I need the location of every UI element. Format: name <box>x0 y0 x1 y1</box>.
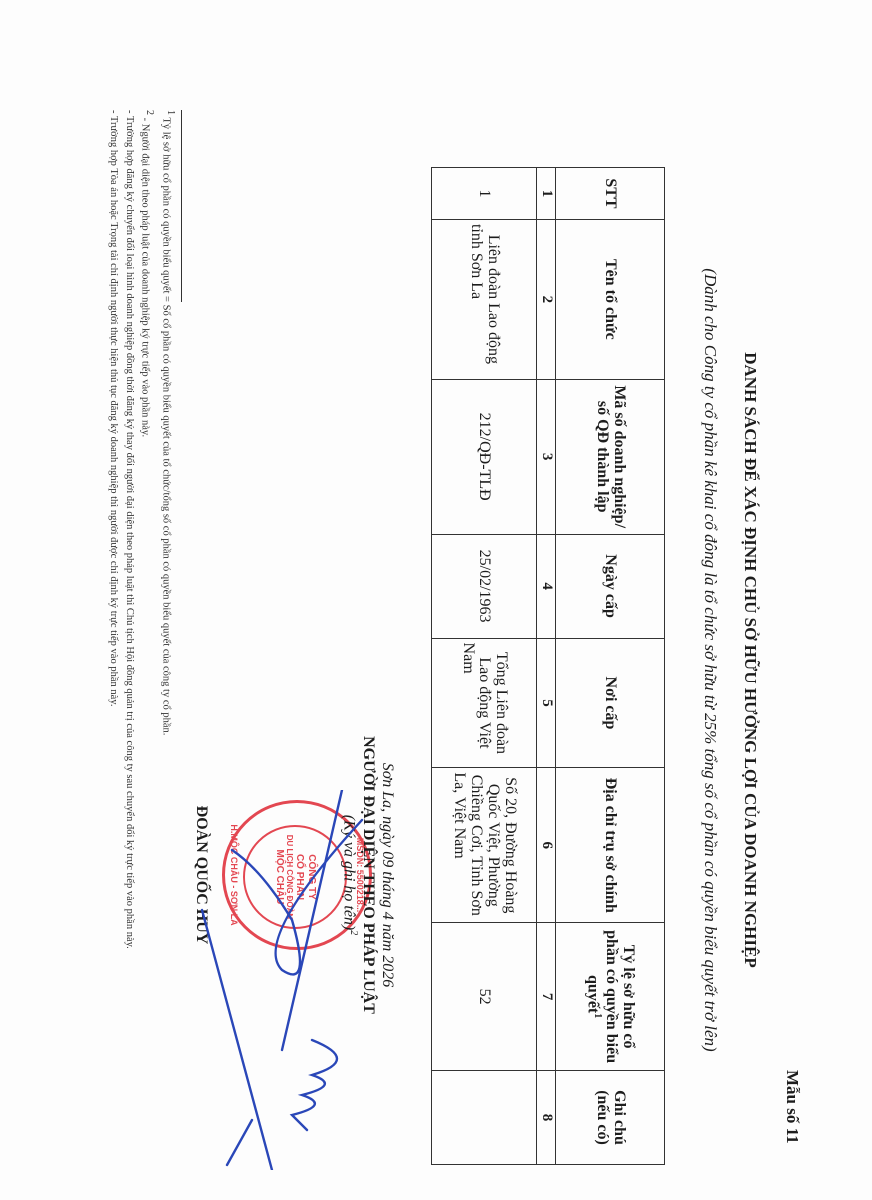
table-row: 1 Liên đoàn Lao động tỉnh Sơn La 212/QĐ-… <box>432 168 537 1165</box>
footnote-text: - Trường hợp Tòa án hoặc Trọng tài chỉ đ… <box>108 110 119 706</box>
document-subtitle: (Dành cho Công ty cổ phần kê khai cổ đôn… <box>700 0 720 1200</box>
col-num: 1 <box>537 168 556 220</box>
footnote-text: - Người đại diện theo pháp luật của doan… <box>140 115 151 437</box>
footnote-text: Tỷ lệ sở hữu cổ phần có quyền biểu quyết… <box>161 115 172 735</box>
col-num: 4 <box>537 534 556 638</box>
header-address: Địa chỉ trụ sở chính <box>556 768 665 923</box>
col-num: 6 <box>537 768 556 923</box>
cell-org-name: Liên đoàn Lao động tỉnh Sơn La <box>432 219 537 379</box>
signature-hint: (Ký và ghi họ tên)2 <box>339 640 359 1110</box>
col-num: 7 <box>537 923 556 1071</box>
place-date: Sơn La, ngày 09 tháng 4 năm 2026 <box>378 640 397 1110</box>
footnote-4: - Trường hợp Tòa án hoặc Trọng tài chỉ đ… <box>105 110 121 1200</box>
header-voting-ratio: Tỷ lệ sở hữu cổ phần có quyền biểu quyết… <box>556 923 665 1071</box>
header-enterprise-code: Mã số doanh nghiệp/ số QĐ thành lập <box>556 379 665 534</box>
footnote-1: 1 Tỷ lệ sở hữu cổ phần có quyền biểu quy… <box>158 110 179 1200</box>
signer-role: NGƯỜI ĐẠI DIỆN THEO PHÁP LUẬT <box>359 640 378 1110</box>
header-voting-ratio-label: Tỷ lệ sở hữu cổ phần có quyền biểu quyết <box>585 930 637 1063</box>
form-number: Mẫu số 11 <box>782 1070 802 1144</box>
footnote-3: - Trường hợp đăng ký chuyển đổi loại hìn… <box>121 110 137 1200</box>
header-note: Ghi chú (nếu có) <box>556 1071 665 1165</box>
document-page: Mẫu số 11 DANH SÁCH ĐỂ XÁC ĐỊNH CHỦ SỞ H… <box>0 0 872 1200</box>
cell-voting-ratio: 52 <box>432 923 537 1071</box>
signature-block: Sơn La, ngày 09 tháng 4 năm 2026 NGƯỜI Đ… <box>192 640 397 1110</box>
header-issue-date: Ngày cấp <box>556 534 665 638</box>
cell-issue-date: 25/02/1963 <box>432 534 537 638</box>
footnote-ref: 2 <box>348 930 359 935</box>
col-num: 8 <box>537 1071 556 1165</box>
header-org-name: Tên tổ chức <box>556 219 665 379</box>
cell-stt: 1 <box>432 168 537 220</box>
table-header-row: STT Tên tổ chức Mã số doanh nghiệp/ số Q… <box>556 168 665 1165</box>
cell-note <box>432 1071 537 1165</box>
footnotes: 1 Tỷ lệ sở hữu cổ phần có quyền biểu quy… <box>105 110 178 1200</box>
beneficial-owner-table: STT Tên tổ chức Mã số doanh nghiệp/ số Q… <box>431 167 665 1165</box>
signature-hint-text: (Ký và ghi họ tên) <box>340 815 357 931</box>
col-num: 5 <box>537 638 556 768</box>
footnote-divider <box>181 110 182 302</box>
cell-enterprise-code: 212/QĐ-TLĐ <box>432 379 537 534</box>
col-num: 3 <box>537 379 556 534</box>
document-title: DANH SÁCH ĐỂ XÁC ĐỊNH CHỦ SỞ HỮU HƯỞNG L… <box>740 0 760 1200</box>
header-stt: STT <box>556 168 665 220</box>
footnote-2: 2 - Người đại diện theo pháp luật của do… <box>137 110 158 1200</box>
column-number-row: 1 2 3 4 5 6 7 8 <box>537 168 556 1165</box>
cell-issue-place: Tổng Liên đoàn Lao động Việt Nam <box>432 638 537 768</box>
cell-address: Số 20, Đường Hoàng Quốc Việt, Phường Chi… <box>432 768 537 923</box>
footnote-text: - Trường hợp đăng ký chuyển đổi loại hìn… <box>124 110 135 949</box>
col-num: 2 <box>537 219 556 379</box>
header-issue-place: Nơi cấp <box>556 638 665 768</box>
signer-name: ĐOÀN QUỐC HUY <box>192 640 211 1110</box>
footnote-ref: 1 <box>592 1013 603 1018</box>
